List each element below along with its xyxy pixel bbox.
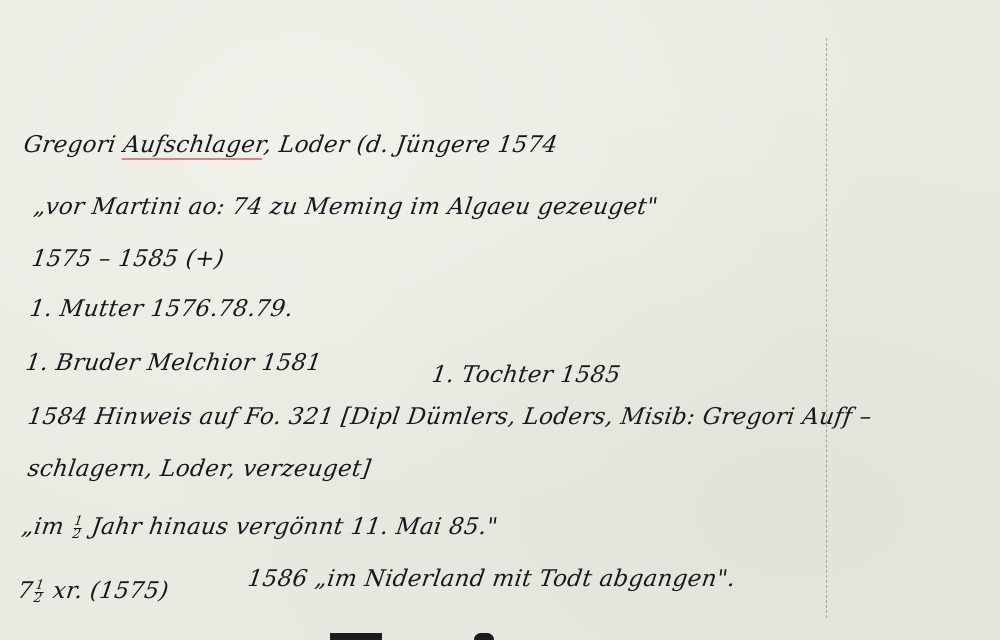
- granted-pre: „im: [20, 514, 73, 540]
- margin-dashed-line: [826, 38, 827, 618]
- bottom-edge-mark: [474, 633, 494, 640]
- line-death-note: 1586 „im Niderland mit Todt abgangen".: [246, 566, 737, 592]
- line-wage: 712 xr. (1575): [16, 578, 170, 605]
- line-quote-origin: „vor Martini ao: 74 zu Meming im Algaeu …: [32, 194, 660, 220]
- line-reference: 1584 Hinweis auf Fo. 321 [Dipl Dümlers, …: [26, 404, 873, 430]
- surname-underlined: Aufschlager: [122, 132, 266, 158]
- name-suffix: , Loder (d. Jüngere 1574: [262, 132, 559, 158]
- line-quote-granted: „im 12 Jahr hinaus vergönnt 11. Mai 85.": [20, 514, 499, 541]
- fraction-denominator: 2: [33, 593, 43, 605]
- line-reference-continued: schlagern, Loder, verzeuget]: [26, 456, 373, 482]
- given-name: Gregori: [22, 132, 125, 158]
- line-years: 1575 – 1585 (+): [30, 246, 226, 272]
- granted-post: Jahr hinaus vergönnt 11. Mai 85.": [82, 514, 499, 540]
- line-brother: 1. Bruder Melchior 1581: [24, 350, 323, 376]
- index-card: Gregori Aufschlager, Loder (d. Jüngere 1…: [0, 0, 1000, 640]
- line-name: Gregori Aufschlager, Loder (d. Jüngere 1…: [22, 132, 559, 158]
- line-mother: 1. Mutter 1576.78.79.: [28, 296, 295, 322]
- fraction-denominator: 2: [72, 529, 82, 541]
- wage-pre: 7: [16, 578, 35, 604]
- bottom-edge-mark: [330, 633, 382, 640]
- wage-post: xr. (1575): [44, 578, 171, 604]
- line-daughter: 1. Tochter 1585: [430, 362, 622, 388]
